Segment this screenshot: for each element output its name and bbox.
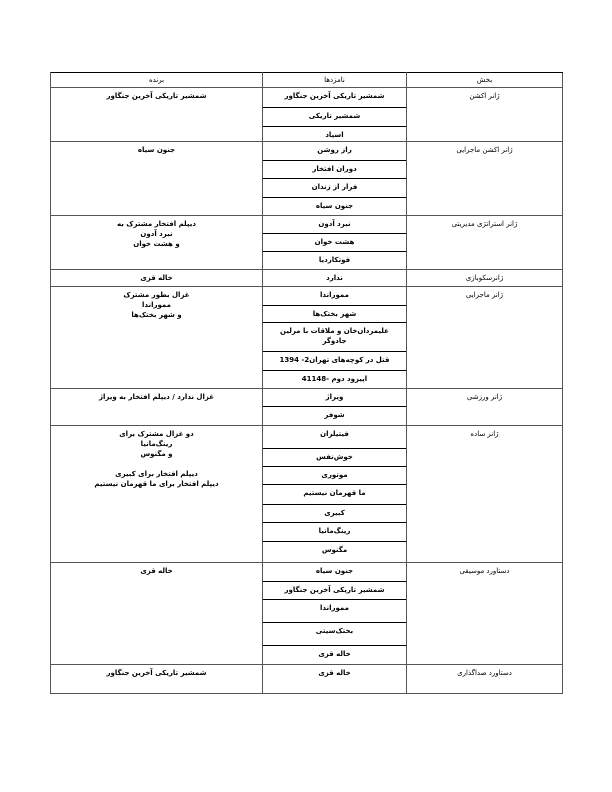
nominees-cell: شمشیر تاریکی آخرین جنگاورشمشیر تاریکیاسپ… — [263, 88, 407, 142]
nominee-item: موتوری — [263, 467, 406, 485]
document-page: بخش نامزدها برنده ژانر اکشنشمشیر تاریکی … — [50, 72, 562, 694]
nominee-item: جنون سیاه — [263, 563, 406, 582]
nominee-list: فیتیلرانخوش‌نفسموتوریما قهرمان نیستیمکبی… — [263, 426, 406, 562]
nominee-item: خاله قزی — [263, 646, 406, 664]
nominees-cell: خاله قزی — [263, 665, 407, 694]
nominee-item: مموراندا — [263, 287, 406, 306]
table-row: ژانرسکوبازینداردخاله قزی — [51, 270, 563, 287]
nominees-cell: فیتیلرانخوش‌نفسموتوریما قهرمان نیستیمکبی… — [263, 426, 407, 563]
table-row: ژانر ماجراییممورانداشهر بختک‌هاعلیمردان‌… — [51, 287, 563, 389]
winner-cell: خاله قزی — [51, 563, 263, 665]
nominees-cell: راز روشندوران افتخارفرار از زندانجنون سی… — [263, 142, 407, 216]
awards-table: بخش نامزدها برنده ژانر اکشنشمشیر تاریکی … — [50, 72, 563, 694]
nominee-item: قتل در کوچه‌های تهران2- 1394 — [263, 352, 406, 371]
nominee-item: شوفر — [263, 407, 406, 425]
section-cell: ژانر استراتژی مدیریتی — [407, 216, 563, 270]
winner-cell: خاله قزی — [51, 270, 263, 287]
table-header-row: بخش نامزدها برنده — [51, 73, 563, 88]
winner-cell: غزال ندارد / دیپلم افتخار به ویراژ — [51, 389, 263, 426]
nominee-item: ویراژ — [263, 389, 406, 407]
nominee-list: خاله قزی — [263, 665, 406, 693]
section-cell: ژانرسکوبازی — [407, 270, 563, 287]
nominee-item: ندارد — [263, 270, 406, 286]
section-cell: ژانر ساده — [407, 426, 563, 563]
nominee-item: اپیزود دوم -41148 — [263, 371, 406, 388]
winner-cell: غزال بطور مشترک مموراندا و شهر بختک‌ها — [51, 287, 263, 389]
nominee-item: کبیری — [263, 505, 406, 523]
nominees-cell: ممورانداشهر بختک‌هاعلیمردان‌خان و ملاقات… — [263, 287, 407, 389]
nominee-list: شمشیر تاریکی آخرین جنگاورشمشیر تاریکیاسپ… — [263, 88, 406, 141]
nominee-list: جنون سیاهشمشیر تاریکی آخرین جنگاورمموران… — [263, 563, 406, 664]
nominee-item: فوتکاردیا — [263, 252, 406, 269]
table-row: ژانر سادهفیتیلرانخوش‌نفسموتوریما قهرمان … — [51, 426, 563, 563]
winner-cell: جنون سیاه — [51, 142, 263, 216]
header-nominees: نامزدها — [263, 73, 407, 88]
section-cell: دستاورد صداگذاری — [407, 665, 563, 694]
nominee-item: بختک‌سیتی — [263, 623, 406, 646]
winner-cell: دیپلم افتخار مشترک به نبرد آدون و هشت خو… — [51, 216, 263, 270]
nominee-item: جنون سیاه — [263, 198, 406, 215]
nominee-item: علیمردان‌خان و ملاقات با مرلین جادوگر — [263, 323, 406, 352]
winner-cell: دو غزال مشترک برای رینگ‌مانیا و مگنوس دی… — [51, 426, 263, 563]
table-row: دستاورد موسیقیجنون سیاهشمشیر تاریکی آخری… — [51, 563, 563, 665]
table-row: ژانر اکشن ماجراییراز روشندوران افتخارفرا… — [51, 142, 563, 216]
nominee-item: رینگ‌مانیا — [263, 523, 406, 542]
winner-cell: شمشیر تاریکی آخرین جنگاور — [51, 88, 263, 142]
table-row: ژانر استراتژی مدیریتینبرد آدونهشت خوانفو… — [51, 216, 563, 270]
nominee-item: خوش‌نفس — [263, 449, 406, 467]
winner-cell: شمشیر تاریکی آخرین جنگاور — [51, 665, 263, 694]
nominee-list: نبرد آدونهشت خوانفوتکاردیا — [263, 216, 406, 269]
table-row: ژانر ورزشیویراژشوفرغزال ندارد / دیپلم اف… — [51, 389, 563, 426]
section-cell: ژانر اکشن ماجرایی — [407, 142, 563, 216]
nominee-item: شهر بختک‌ها — [263, 306, 406, 323]
nominee-item: هشت خوان — [263, 234, 406, 252]
header-section: بخش — [407, 73, 563, 88]
nominee-list: ندارد — [263, 270, 406, 286]
section-cell: ژانر ماجرایی — [407, 287, 563, 389]
nominees-cell: نبرد آدونهشت خوانفوتکاردیا — [263, 216, 407, 270]
nominee-item: شمشیر تاریکی آخرین جنگاور — [263, 582, 406, 600]
nominee-item: نبرد آدون — [263, 216, 406, 234]
nominee-item: مگنوس — [263, 542, 406, 562]
nominee-list: راز روشندوران افتخارفرار از زندانجنون سی… — [263, 142, 406, 215]
nominee-item: فرار از زندان — [263, 179, 406, 198]
nominee-item: خاله قزی — [263, 665, 406, 693]
section-cell: ژانر اکشن — [407, 88, 563, 142]
nominee-list: ممورانداشهر بختک‌هاعلیمردان‌خان و ملاقات… — [263, 287, 406, 388]
nominees-cell: ویراژشوفر — [263, 389, 407, 426]
table-row: ژانر اکشنشمشیر تاریکی آخرین جنگاورشمشیر … — [51, 88, 563, 142]
section-cell: ژانر ورزشی — [407, 389, 563, 426]
table-row: دستاورد صداگذاریخاله قزیشمشیر تاریکی آخر… — [51, 665, 563, 694]
nominee-item: ما قهرمان نیستیم — [263, 485, 406, 505]
table-body: ژانر اکشنشمشیر تاریکی آخرین جنگاورشمشیر … — [51, 88, 563, 694]
nominee-item: فیتیلران — [263, 426, 406, 449]
nominee-list: ویراژشوفر — [263, 389, 406, 425]
nominee-item: مموراندا — [263, 600, 406, 623]
nominee-item: اسپاد — [263, 127, 406, 141]
nominee-item: راز روشن — [263, 142, 406, 161]
section-cell: دستاورد موسیقی — [407, 563, 563, 665]
header-winner: برنده — [51, 73, 263, 88]
nominee-item: دوران افتخار — [263, 161, 406, 179]
nominees-cell: ندارد — [263, 270, 407, 287]
nominee-item: شمشیر تاریکی آخرین جنگاور — [263, 88, 406, 108]
nominees-cell: جنون سیاهشمشیر تاریکی آخرین جنگاورمموران… — [263, 563, 407, 665]
nominee-item: شمشیر تاریکی — [263, 108, 406, 127]
